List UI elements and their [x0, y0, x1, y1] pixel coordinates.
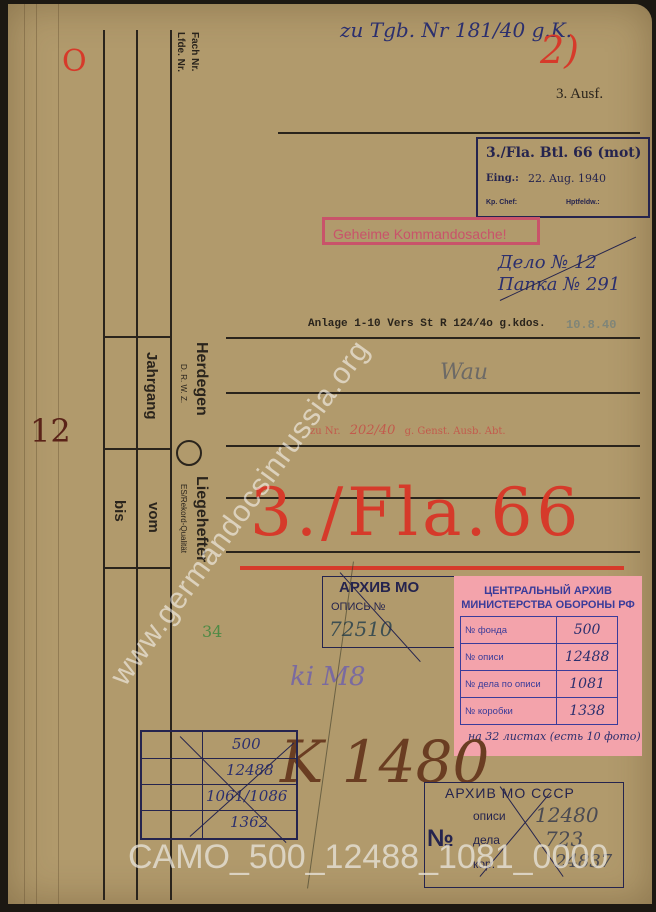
- main-title: 3./Fla.66: [250, 474, 582, 551]
- anlage-date: 10.8.40: [566, 318, 616, 332]
- signature: Wau: [440, 360, 488, 385]
- copy-number-stamp: 3. Ausf.: [556, 86, 603, 103]
- table-row: № фонда500: [461, 617, 618, 644]
- ref-handwritten: zu Tgb. Nr 181/40 g.K.: [340, 18, 572, 42]
- table-row: № дела по описи1081: [461, 671, 618, 698]
- jahrgang-bottom-rule: [103, 448, 171, 450]
- form-rule: [226, 392, 640, 394]
- jahrgang-top-rule: [103, 336, 171, 338]
- file-id-watermark: CAMO_500_12488_1081_0000: [128, 838, 608, 877]
- bottom-left-stamp: 500 12488 1061/1086 1362: [140, 730, 298, 840]
- pink-table: № фонда500 № описи12488 № дела по описи1…: [460, 616, 618, 725]
- page-edge: [58, 4, 59, 904]
- page-edge: [24, 4, 25, 904]
- unit-stamp: 3./Fla. Btl. 66 (mot) Eing.: 22. Aug. 19…: [476, 137, 650, 218]
- opis-label: ОПИСЬ №: [331, 601, 385, 613]
- hptfeldw-label: Hptfeldw.:: [566, 199, 600, 206]
- left-margin-number: 12: [30, 412, 71, 450]
- form-rule: [226, 551, 640, 553]
- br-title: АРХИВ МО СССР: [445, 785, 575, 801]
- unit-stamp-title: 3./Fla. Btl. 66 (mot): [486, 145, 641, 161]
- eing-label: Eing.:: [486, 173, 519, 184]
- copy-number-red: 2): [540, 28, 579, 72]
- maker-label: Herdegen: [192, 342, 210, 416]
- green-mark: 34: [202, 622, 222, 641]
- pink-note: на 32 листах (есть 10 фото): [468, 730, 641, 743]
- left-circle-mark: O: [62, 44, 87, 79]
- page-edge: [36, 4, 37, 904]
- maker-logo-icon: [176, 440, 202, 466]
- column-rule: [136, 30, 138, 900]
- pink-header-2: МИНИСТЕРСТВА ОБОРОНЫ РФ: [454, 598, 642, 612]
- zu-nr-suffix: g. Genst. Ausb. Abt.: [405, 426, 506, 437]
- table-row: № коробки1338: [461, 698, 618, 725]
- bl-fond-value: 500: [232, 735, 261, 753]
- secret-stamp: Geheime Kommandosache!: [322, 217, 540, 245]
- anlage-line: Anlage 1-10 Vers St R 124/4o g.kdos.: [308, 318, 546, 330]
- bl-opis-value: 12488: [226, 761, 274, 779]
- zu-nr-number: 202/40: [350, 423, 396, 438]
- fach-nr-label: Fach Nr.: [189, 32, 200, 71]
- column-rule: [103, 30, 105, 900]
- vom-bis-bottom-rule: [103, 567, 171, 569]
- bis-label: bis: [111, 500, 128, 522]
- maker-sub-label: D. R. W. Z.: [179, 364, 188, 403]
- br-opisi-label: описи: [473, 809, 506, 823]
- br-opisi-value: 12480: [535, 803, 599, 827]
- eing-date: 22. Aug. 1940: [528, 172, 606, 185]
- title-underline: [240, 566, 624, 570]
- purple-mark: ki M8: [290, 662, 366, 692]
- jahrgang-label: Jahrgang: [143, 352, 160, 420]
- kp-chef-label: Kp. Chef:: [486, 199, 517, 206]
- form-rule: [226, 337, 640, 339]
- table-row: № описи12488: [461, 644, 618, 671]
- zu-nr-line: zu Nr. 202/40 g. Genst. Ausb. Abt.: [310, 423, 506, 438]
- vom-label: vom: [145, 502, 162, 533]
- pink-header-1: ЦЕНТРАЛЬНЫЙ АРХИВ: [454, 584, 642, 598]
- bl-korobka-value: 1362: [230, 813, 268, 831]
- lfde-nr-label: Lfde. Nr.: [175, 32, 186, 72]
- product-sub-label: ES/Rekord-Qualität: [179, 484, 188, 553]
- header-rule: [278, 132, 640, 134]
